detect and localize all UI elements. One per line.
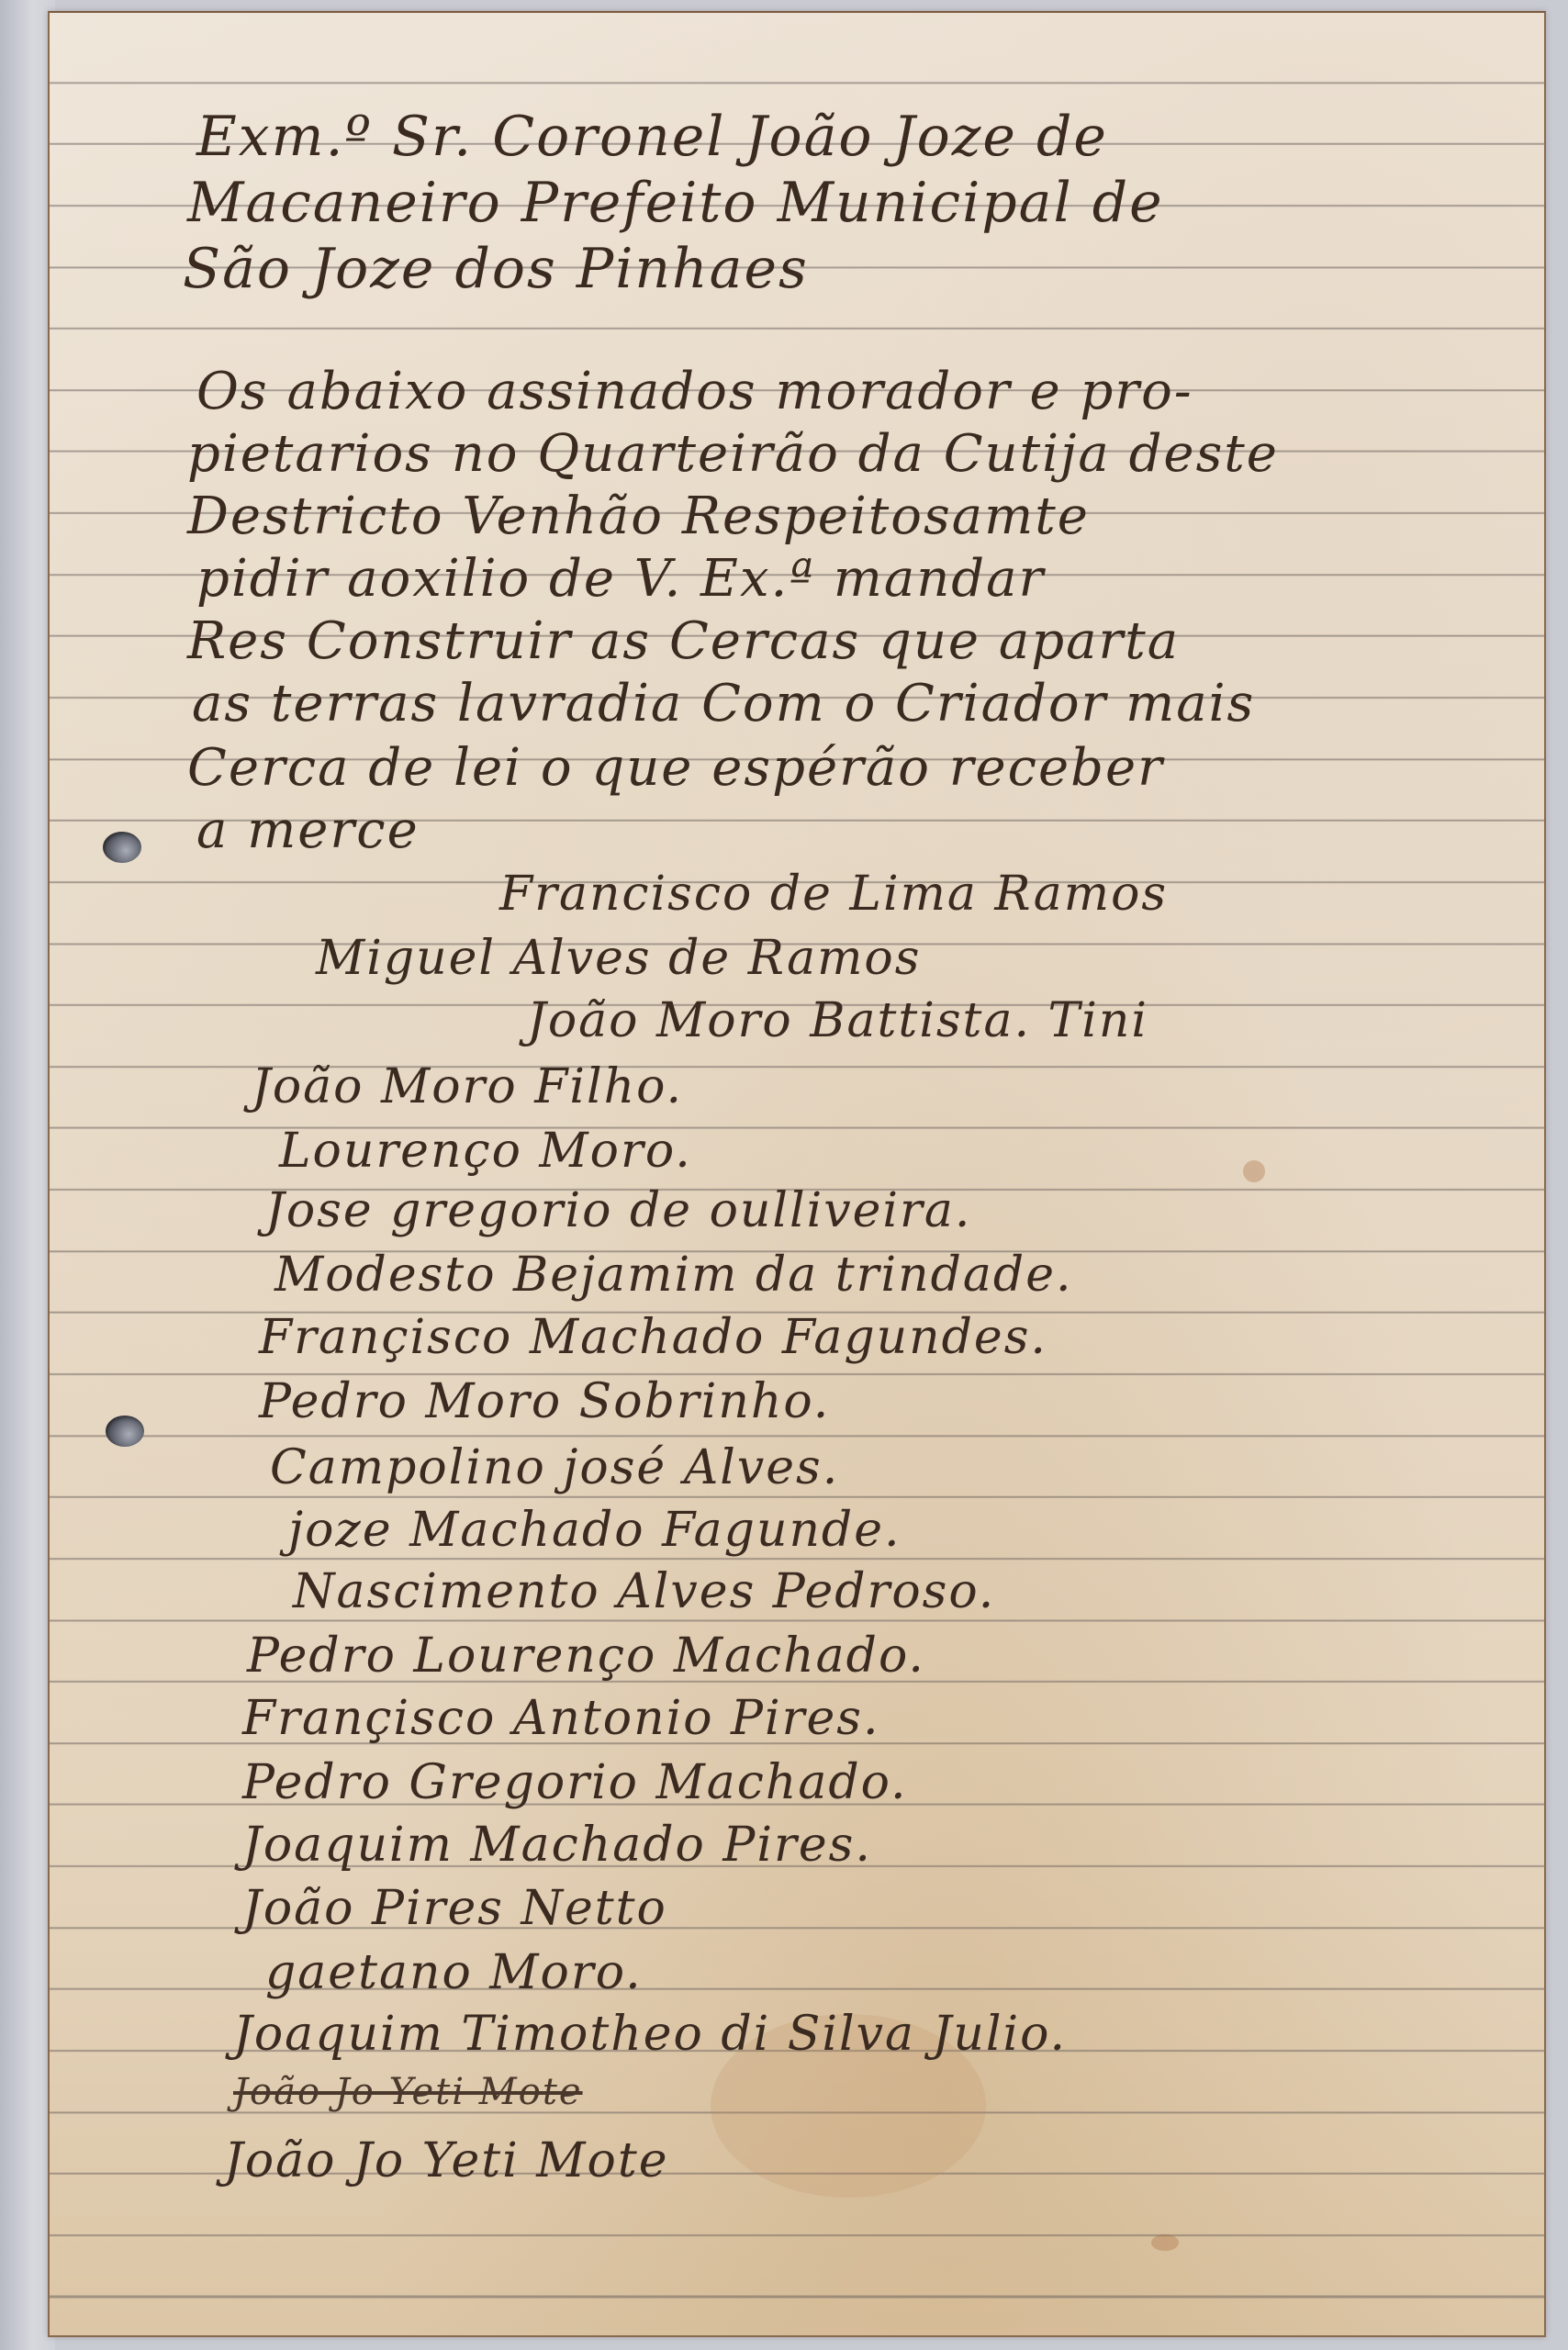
header-line-3: São Joze dos Pinhaes bbox=[183, 237, 809, 301]
signature: Miguel Alves de Ramos bbox=[316, 931, 921, 986]
signature: Françisco Antonio Pires. bbox=[242, 1691, 880, 1746]
body-line-1: Os abaixo assinados morador e pro- bbox=[196, 362, 1193, 421]
signature: Joaquim Machado Pires. bbox=[242, 1818, 872, 1873]
signature: Lourenço Moro. bbox=[279, 1124, 692, 1179]
signature: Pedro Moro Sobrinho. bbox=[259, 1374, 830, 1429]
punch-hole-top bbox=[103, 832, 141, 863]
body-line-8: a merce bbox=[196, 800, 420, 860]
body-line-6: as terras lavradia Com o Criador mais bbox=[192, 674, 1255, 733]
signature: Pedro Gregorio Machado. bbox=[242, 1755, 908, 1810]
signature: João Jo Yeti Mote bbox=[224, 2133, 669, 2188]
signature: joze Machado Fagunde. bbox=[288, 1503, 902, 1558]
body-line-5: Res Construir as Cercas que aparta bbox=[187, 611, 1180, 671]
signature: João Pires Netto bbox=[242, 1881, 667, 1936]
punch-hole-bottom bbox=[106, 1416, 144, 1447]
body-line-4: pidir aoxilio de V. Ex.ª mandar bbox=[196, 549, 1045, 609]
signature: Jose gregorio de oulliveira. bbox=[265, 1183, 971, 1238]
struck-signature: João Jo Yeti Mote bbox=[233, 2071, 583, 2113]
signature: Joaquim Timotheo di Silva Julio. bbox=[233, 2007, 1067, 2062]
signature: gaetano Moro. bbox=[265, 1945, 643, 2000]
header-line-1: Exm.º Sr. Coronel João Joze de bbox=[196, 105, 1108, 169]
signature: Françisco Machado Fagundes. bbox=[259, 1310, 1047, 1365]
document-page: Exm.º Sr. Coronel João Joze de Macaneiro… bbox=[48, 11, 1546, 2337]
header-line-2: Macaneiro Prefeito Municipal de bbox=[187, 171, 1164, 235]
signature: Modesto Bejamim da trindade. bbox=[274, 1248, 1073, 1303]
body-line-2: pietarios no Quarteirão da Cutija deste bbox=[187, 424, 1279, 484]
signature: Campolino josé Alves. bbox=[270, 1440, 839, 1495]
body-line-7: Cerca de lei o que espérão receber bbox=[187, 738, 1164, 798]
signature: Nascimento Alves Pedroso. bbox=[293, 1564, 995, 1619]
body-line-3: Destricto Venhão Respeitosamte bbox=[187, 487, 1090, 546]
ink-spot bbox=[1243, 1160, 1265, 1182]
signature: Francisco de Lima Ramos bbox=[499, 867, 1168, 922]
signature: João Moro Filho. bbox=[252, 1059, 683, 1114]
signature: João Moro Battista. Tini bbox=[527, 993, 1148, 1048]
scan-background bbox=[0, 0, 55, 2350]
ink-spot bbox=[1151, 2234, 1179, 2251]
signature: Pedro Lourenço Machado. bbox=[247, 1628, 925, 1684]
